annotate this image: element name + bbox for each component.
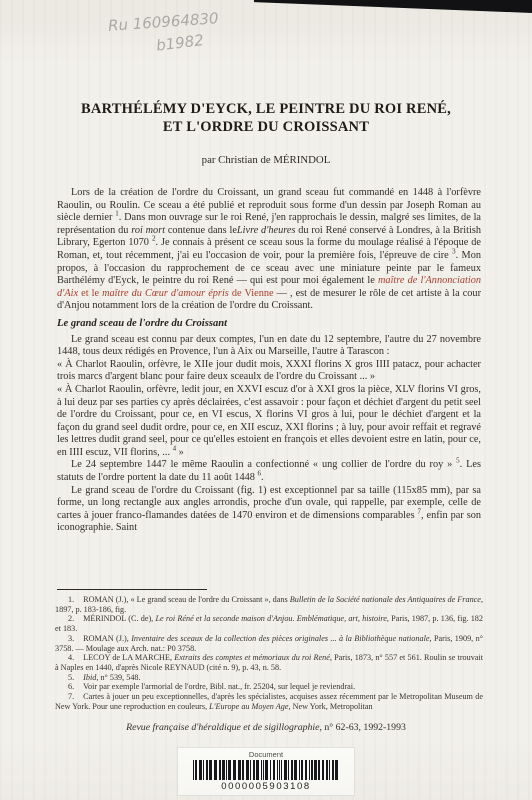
paragraph-collier: Le 24 septembre 1447 le même Raoulin a c… [57,459,481,484]
article-title: BARTHÉLÉMY D'EYCK, LE PEINTRE DU ROI REN… [0,100,532,136]
footnote-text: ROMAN (J.), « Le grand sceau de l'ordre … [55,595,483,614]
footnote-separator [57,589,207,590]
handwritten-annotation: Ru 160964830 b1982 [108,12,219,52]
footnote-text: Cartes à jouer un peu exceptionnelles, d… [55,692,483,711]
footnote-4: 4.LECOY de LA MARCHE, Extraits des compt… [55,653,483,672]
footnote-7: 7.Cartes à jouer un peu exceptionnelles,… [55,692,483,711]
footnote-text: MÉRINDOL (C. de), Le roi Réné et la seco… [55,614,483,633]
footnote-text: Ibid, n° 539, 548. [83,673,140,682]
article-byline: par Christian de MÉRINDOL [0,154,532,166]
footnote-5: 5.Ibid, n° 539, 548. [55,673,483,683]
paragraph-quote-2: « À Charlot Raoulin, orfèvre, ledit jour… [57,384,481,460]
footnote-number: 4. [68,653,74,662]
handwritten-year: b1982 [155,28,220,55]
footnote-number: 3. [68,634,74,643]
barcode-sticker: Document 0000005903108 [177,747,355,796]
barcode-label: Document [182,750,350,759]
footnote-number: 2. [68,614,74,623]
article-body: Lors de la création de l'ordre du Croiss… [57,187,481,535]
footnote-number: 5. [68,673,74,682]
barcode-number: 0000005903108 [182,781,350,792]
footnote-number: 6. [68,682,74,691]
footnote-text: LECOY de LA MARCHE, Extraits des comptes… [55,653,483,672]
footnote-text: ROMAN (J.), Inventaire des sceaux de la … [55,634,483,653]
footnotes: 1.ROMAN (J.), « Le grand sceau de l'ordr… [55,595,483,711]
footnote-number: 1. [68,595,74,604]
scan-edge-artifact [254,0,532,13]
article-title-line1: BARTHÉLÉMY D'EYCK, LE PEINTRE DU ROI REN… [81,101,451,117]
footnote-6: 6.Voir par exemple l'armorial de l'ordre… [55,682,483,692]
paragraph-intro: Lors de la création de l'ordre du Croiss… [57,187,481,313]
paragraph-accounts: Le grand sceau est connu par deux compte… [57,334,481,359]
footnote-2: 2.MÉRINDOL (C. de), Le roi Réné et la se… [55,614,483,633]
footnote-text: Voir par exemple l'armorial de l'ordre, … [83,682,355,691]
footnote-number: 7. [68,692,74,701]
article-title-line2: ET L'ORDRE DU CROISSANT [163,119,369,135]
scanned-page: Ru 160964830 b1982 BARTHÉLÉMY D'EYCK, LE… [0,0,532,800]
paragraph-description: Le grand sceau de l'ordre du Croissant (… [57,485,481,535]
footnote-3: 3.ROMAN (J.), Inventaire des sceaux de l… [55,634,483,653]
barcode-bars [190,760,342,780]
footnote-1: 1.ROMAN (J.), « Le grand sceau de l'ordr… [55,595,483,614]
section-heading: Le grand sceau de l'ordre du Croissant [57,318,481,331]
paragraph-quote-1: « À Charlot Raoulin, orfèvre, le XIIe jo… [57,359,481,384]
journal-citation: Revue française d'héraldique et de sigil… [0,722,532,733]
